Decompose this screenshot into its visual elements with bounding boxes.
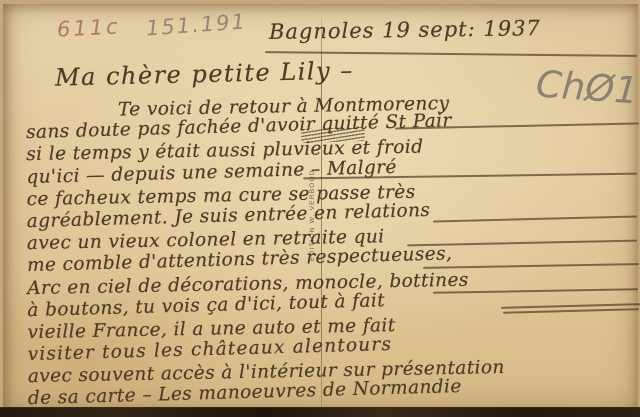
dateline: Bagnoles 19 sept: 1937 [269, 16, 541, 44]
catalog-number-left: 611c [56, 14, 121, 41]
postcard-photo: 611c 151.191 ChØ1 Bagnoles 19 sept: 1937… [0, 0, 640, 417]
postcard-paper: 611c 151.191 ChØ1 Bagnoles 19 sept: 1937… [3, 4, 638, 409]
card-bottom-edge-shadow [0, 407, 640, 417]
salutation: Ma chère petite Lily – [55, 56, 354, 91]
crossed-out-word [301, 127, 365, 143]
message-body: Te voici de retour à Montmorency sans do… [26, 96, 634, 411]
catalog-number-right: 151.191 [145, 10, 247, 41]
